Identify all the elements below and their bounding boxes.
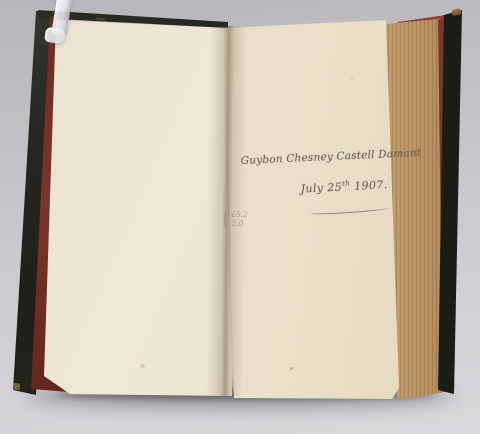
foxing-spot xyxy=(139,363,146,369)
pencil-shelfmark-lines: £5.2 2.0 xyxy=(231,210,248,229)
book-photograph: Guybon Chesney Castell Damant July 25th … xyxy=(0,0,480,434)
pencil-shelfmark-line2: 2.0 xyxy=(231,219,248,229)
pencil-shelfmark: ( £5.2 2.0 xyxy=(221,207,249,232)
inscription-date-suffix: 1907. xyxy=(350,178,388,193)
worn-corner-bottom-left xyxy=(12,382,20,390)
foxing-spot xyxy=(350,76,354,80)
inscription-date-prefix: July 25 xyxy=(300,181,342,196)
pencil-bracket: ( xyxy=(223,207,229,231)
plastic-page-clip-foot xyxy=(44,27,66,45)
foxing-spot xyxy=(290,367,293,370)
red-ink-smudge xyxy=(96,18,106,20)
